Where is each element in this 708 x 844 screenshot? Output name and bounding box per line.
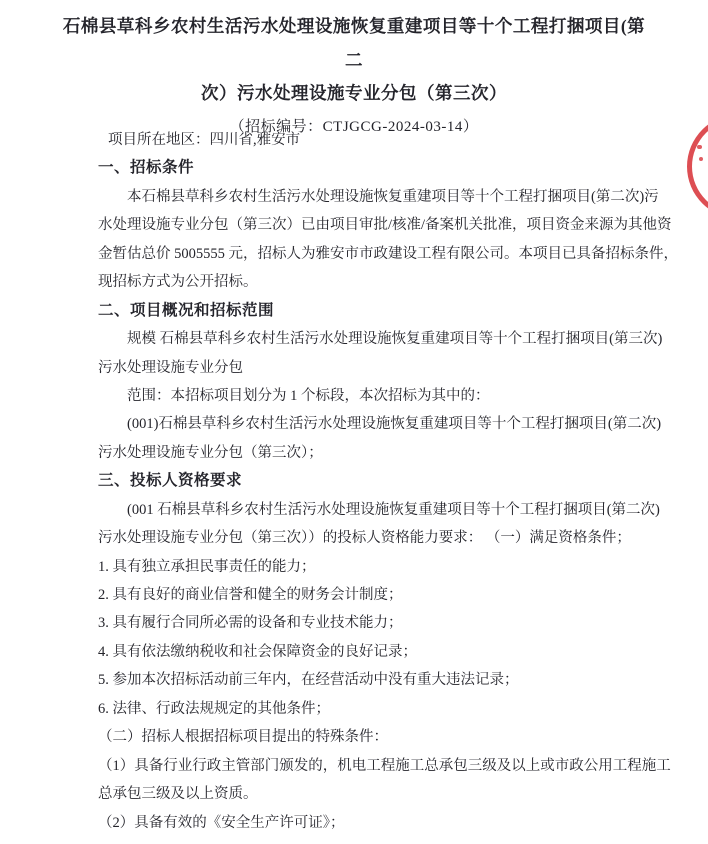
document-line: 4. 具有依法缴纳税收和社会保障资金的良好记录； (98, 638, 614, 666)
document-line: （1）具备行业行政主管部门颁发的，机电工程施工总承包三级及以上或市政公用工程施工 (98, 752, 614, 780)
document-line: 2. 具有良好的商业信誉和健全的财务会计制度； (98, 581, 614, 609)
document-line: (001)石棉县草科乡农村生活污水处理设施恢复重建项目等十个工程打捆项目(第二次… (98, 410, 614, 438)
document-line: 污水处理设施专业分包 (98, 354, 614, 382)
document-line: 6. 法律、行政法规规定的其他条件； (98, 695, 614, 723)
document-line: 项目所在地区：四川省,雅安市 (98, 126, 614, 154)
document-line: 范围：本招标项目划分为 1 个标段，本次招标为其中的： (98, 382, 614, 410)
document-title-line-1: 石棉县草科乡农村生活污水处理设施恢复重建项目等十个工程打捆项目(第二 (60, 10, 648, 77)
document-line: 水处理设施专业分包（第三次）已由项目审批/核准/备案机关批准，项目资金来源为其他… (98, 211, 614, 239)
document-line: （2）具备有效的《安全生产许可证》； (98, 809, 614, 837)
document-title-line-2: 次）污水处理设施专业分包（第三次） (60, 77, 648, 111)
document-line: 总承包三级及以上资质。 (98, 780, 614, 808)
document-line: 金暂估总价 5005555 元，招标人为雅安市市政建设工程有限公司。本项目已具备… (98, 240, 614, 268)
seal-mark-icon (699, 157, 703, 161)
document-line: 5. 参加本次招标活动前三年内，在经营活动中没有重大违法记录； (98, 666, 614, 694)
document-line: 规模 石棉县草科乡农村生活污水处理设施恢复重建项目等十个工程打捆项目(第三次) (98, 325, 614, 353)
seal-mark-icon (697, 145, 702, 149)
document-line: 本石棉县草科乡农村生活污水处理设施恢复重建项目等十个工程打捆项目(第二次)污 (98, 183, 614, 211)
document-line: （二）招标人根据招标项目提出的特殊条件： (98, 723, 614, 751)
section-heading: 二、项目概况和招标范围 (98, 297, 614, 325)
document-line: 污水处理设施专业分包（第三次）； (98, 439, 614, 467)
document-page: 石棉县草科乡农村生活污水处理设施恢复重建项目等十个工程打捆项目(第二 次）污水处… (0, 0, 708, 844)
document-line: 3. 具有履行合同所必需的设备和专业技术能力； (98, 609, 614, 637)
section-heading: 三、投标人资格要求 (98, 467, 614, 495)
document-header: 石棉县草科乡农村生活污水处理设施恢复重建项目等十个工程打捆项目(第二 次）污水处… (60, 10, 648, 143)
document-line: 污水处理设施专业分包（第三次））的投标人资格能力要求： （一）满足资格条件； (98, 524, 614, 552)
document-line: 现招标方式为公开招标。 (98, 268, 614, 296)
seal-ring-icon (687, 114, 708, 219)
section-heading: 一、招标条件 (98, 154, 614, 182)
document-body: 项目所在地区：四川省,雅安市一、招标条件本石棉县草科乡农村生活污水处理设施恢复重… (98, 126, 614, 837)
document-line: (001 石棉县草科乡农村生活污水处理设施恢复重建项目等十个工程打捆项目(第二次… (98, 496, 614, 524)
document-line: 1. 具有独立承担民事责任的能力； (98, 553, 614, 581)
